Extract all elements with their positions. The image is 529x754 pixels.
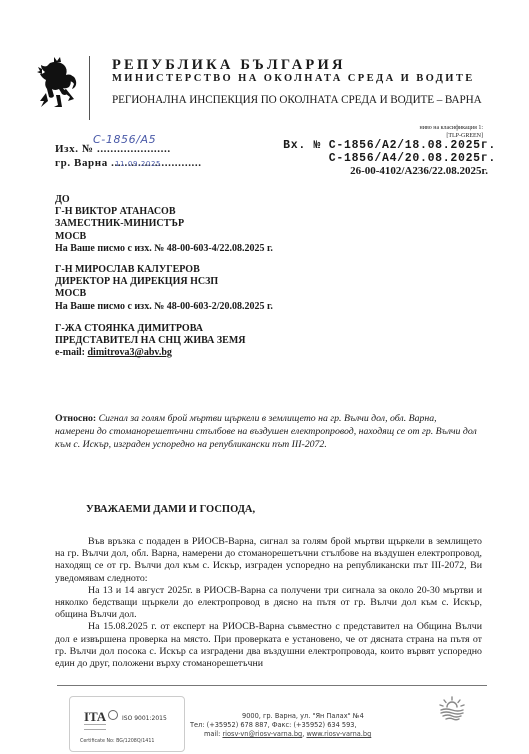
recipient-email-link[interactable]: dimitrova3@abv.bg <box>88 347 172 358</box>
outgoing-date-handwritten: 11.09.2025 <box>115 157 161 171</box>
recipient-position: ДИРЕКТОР НА ДИРЕКЦИЯ НСЗП <box>55 276 273 288</box>
recipient-name: Г-Н ВИКТОР АТАНАСОВ <box>55 206 273 218</box>
recipient-name: Г-ЖА СТОЯНКА ДИМИТРОВА <box>55 323 245 335</box>
email-label: e-mail: <box>55 347 88 358</box>
iso-standard: ISO 9001:2015 <box>122 715 167 722</box>
recipient-ref: На Ваше писмо с изх. № 48-00-603-4/22.08… <box>55 243 273 255</box>
incoming-ref: 26-00-4102/A236/22.08.2025г. <box>283 165 496 178</box>
mail-link[interactable]: riosv-vn@riosv-varna.bg <box>222 730 302 738</box>
outgoing-number-label: Изх. № <box>55 143 97 155</box>
footer-divider <box>57 685 487 686</box>
recipient-block-1: ДО Г-Н ВИКТОР АТАНАСОВ ЗАМЕСТНИК-МИНИСТЪ… <box>55 194 273 255</box>
recipient-position: ЗАМЕСТНИК-МИНИСТЪР <box>55 218 273 230</box>
classification-label: ниво на класификация 1: <box>420 124 483 132</box>
address-line: 9000, гр. Варна, ул. "Ян Палах" №4 <box>190 712 420 721</box>
ita-subtitle <box>84 724 106 730</box>
certificate-number: Certificate No: BG/1208Q/1411 <box>80 739 154 744</box>
recipient-ref: На Ваше писмо с изх. № 48-00-603-2/20.08… <box>55 301 273 313</box>
salutation: УВАЖАЕМИ ДАМИ И ГОСПОДА, <box>86 504 255 515</box>
subject: Относно: Сигнал за голям брой мъртви щър… <box>55 412 477 451</box>
body-paragraph: На 15.08.2025 г. от експерт на РИОСВ-Вар… <box>55 621 482 670</box>
website-link[interactable]: www.riosv-varna.bg <box>306 730 371 738</box>
ita-check-icon <box>108 710 118 720</box>
inspectorate-title: РЕГИОНАЛНА ИНСПЕКЦИЯ ПО ОКОЛНАТА СРЕДА И… <box>112 94 482 106</box>
letter-body: Във връзка с подаден в РИОСВ-Варна, сигн… <box>55 536 482 670</box>
ita-logo: ITA <box>84 709 106 725</box>
body-paragraph: На 13 и 14 август 2025г. в РИОСВ-Варна с… <box>55 585 482 622</box>
mail-label: mail: <box>204 730 222 738</box>
ministry-title: МИНИСТЕРСТВО НА ОКОЛНАТА СРЕДА И ВОДИТЕ <box>112 73 475 84</box>
classification: ниво на класификация 1: [TLP-GREEN] <box>420 124 483 140</box>
recipient-block-3: Г-ЖА СТОЯНКА ДИМИТРОВА ПРЕДСТАВИТЕЛ НА С… <box>55 323 245 360</box>
coat-of-arms-icon <box>36 55 80 115</box>
subject-text: Сигнал за голям брой мъртви щъркели в зе… <box>55 413 477 450</box>
footer-address: 9000, гр. Варна, ул. "Ян Палах" №4 Тел: … <box>190 712 420 739</box>
subject-label: Относно: <box>55 413 96 424</box>
recipient-position: ПРЕДСТАВИТЕЛ НА СНЦ ЖИВА ЗЕМЯ <box>55 335 245 347</box>
country-title: РЕПУБЛИКА БЪЛГАРИЯ <box>112 57 346 74</box>
recipient-name: Г-Н МИРОСЛАВ КАЛУГЕРОВ <box>55 264 273 276</box>
sun-over-waves-icon <box>438 696 466 722</box>
to-label: ДО <box>55 194 273 206</box>
recipient-org: МОСВ <box>55 288 273 300</box>
outgoing-reference: Изх. № ...................... C-1856/A5 … <box>55 142 202 170</box>
incoming-ref: C-1856/A4/20.08.2025г. <box>283 153 496 166</box>
city-label: гр. Варна <box>55 157 111 169</box>
recipient-block-2: Г-Н МИРОСЛАВ КАЛУГЕРОВ ДИРЕКТОР НА ДИРЕК… <box>55 264 273 313</box>
incoming-ref: C-1856/A2/18.08.2025г. <box>329 139 496 152</box>
recipient-org: МОСВ <box>55 231 273 243</box>
body-paragraph: Във връзка с подаден в РИОСВ-Варна, сигн… <box>55 536 482 585</box>
incoming-label: Вх. № <box>283 139 329 152</box>
outgoing-number-handwritten: C-1856/A5 <box>93 133 156 147</box>
certification-badge: ITA ISO 9001:2015 Certificate No: BG/120… <box>69 696 185 752</box>
phone-line: Тел: (+35952) 678 887, Факс: (+35952) 63… <box>190 721 420 730</box>
incoming-references: Вх. № C-1856/A2/18.08.2025г. C-1856/A4/2… <box>283 140 496 178</box>
header-divider <box>89 56 90 120</box>
